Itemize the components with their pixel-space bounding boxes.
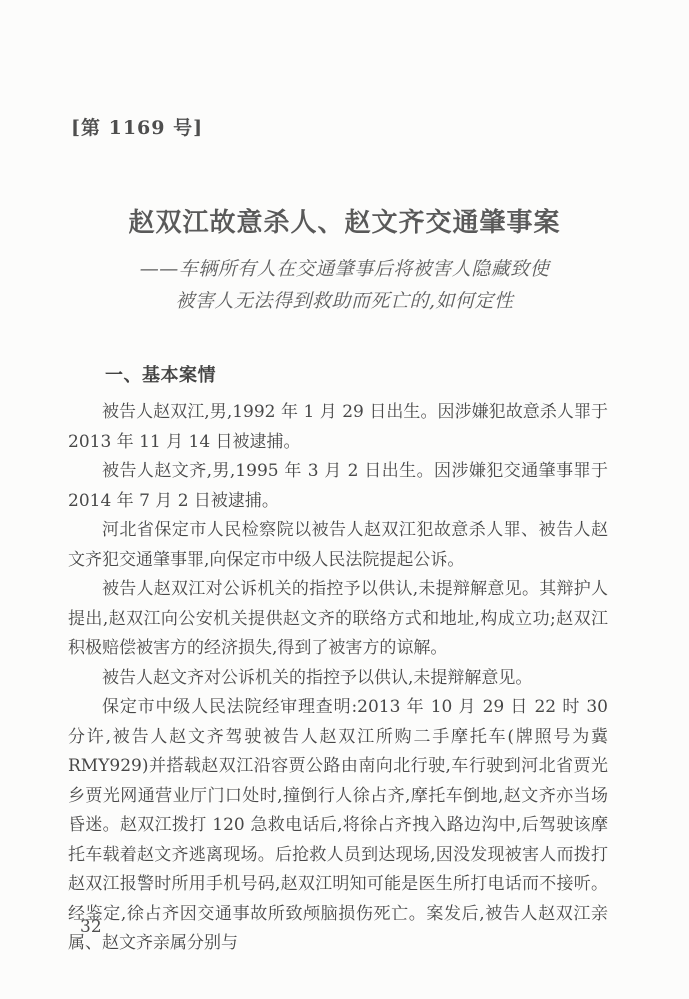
body-text: 被告人赵双江,男,1992 年 1 月 29 日出生。因涉嫌犯故意杀人罪于 20… [68,398,608,959]
case-subtitle-line-1: ——车辆所有人在交通肇事后将被害人隐藏致使 [0,253,689,285]
case-title: 赵双江故意杀人、赵文齐交通肇事案 [0,202,689,239]
case-number-label: [第 1169 号] [71,113,203,140]
paragraph-court-findings: 保定市中级人民法院经审理查明:2013 年 10 月 29 日 22 时 30 … [68,693,608,959]
page-number: 32 [80,917,102,937]
paragraph-zhao-shuangjiang-plea: 被告人赵双江对公诉机关的指控予以供认,未提辩解意见。其辩护人提出,赵双江向公安机… [68,575,608,664]
scanned-document-page: [第 1169 号] 赵双江故意杀人、赵文齐交通肇事案 ——车辆所有人在交通肇事… [0,0,689,999]
paragraph-zhao-wenqi-plea: 被告人赵文齐对公诉机关的指控予以供认,未提辩解意见。 [68,664,608,694]
case-subtitle-line-2: 被害人无法得到救助而死亡的,如何定性 [0,285,689,317]
paragraph-prosecution: 河北省保定市人民检察院以被告人赵双江犯故意杀人罪、被告人赵文齐犯交通肇事罪,向保… [68,516,608,575]
paragraph-defendant-zhao-wenqi: 被告人赵文齐,男,1995 年 3 月 2 日出生。因涉嫌犯交通肇事罪于 201… [68,457,608,516]
section-heading-basic-facts: 一、基本案情 [105,361,216,387]
paragraph-defendant-zhao-shuangjiang: 被告人赵双江,男,1992 年 1 月 29 日出生。因涉嫌犯故意杀人罪于 20… [68,398,608,457]
case-subtitle: ——车辆所有人在交通肇事后将被害人隐藏致使 被害人无法得到救助而死亡的,如何定性 [0,253,689,317]
